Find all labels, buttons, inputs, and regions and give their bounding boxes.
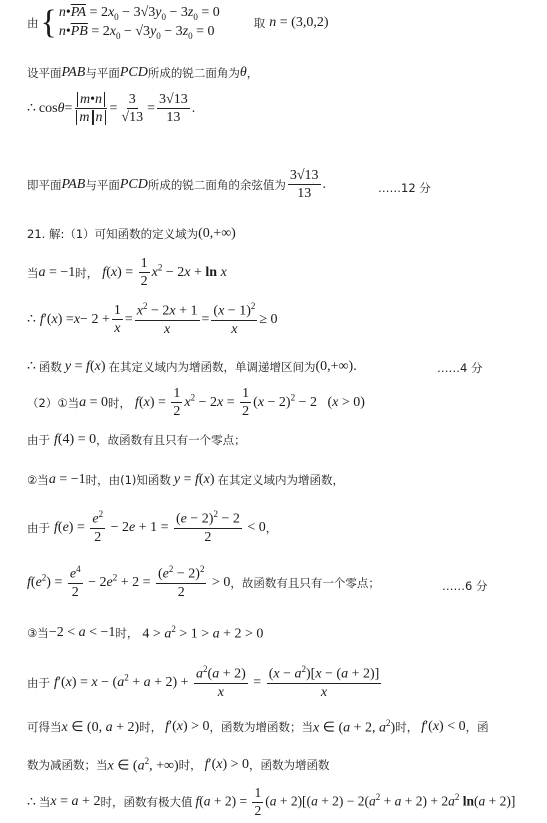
therefore: ∴ <box>27 100 36 117</box>
text: 可得当 <box>27 719 62 735</box>
text: 时，由(1)知函数 <box>86 472 171 488</box>
domain: (0,+∞) <box>316 359 354 375</box>
line-11: ②当 a = −1 时，由(1)知函数 y = f(x) 在其定义域内为增函数， <box>27 472 344 488</box>
plane-pab: PAB <box>62 65 86 81</box>
text: 时，函数有极大值 <box>100 794 192 810</box>
line-17: 数为减函数；当 x ∈ (a2, +∞) 时， f′(x) > 0 ，函数为增函… <box>27 756 330 775</box>
text: 与平面 <box>85 177 120 193</box>
domain: (0,+∞) <box>198 226 236 242</box>
fraction: 3√1313 <box>288 168 321 202</box>
text: ，故函数有且只有一个零点； <box>96 432 246 448</box>
line-9: （2）①当 a = 0 时， f(x) = 12x2 − 2x = 12(x −… <box>27 386 365 420</box>
text: 时， <box>139 719 162 735</box>
text: 所成的锐二面角为 <box>148 65 240 81</box>
text: 由于 <box>27 675 50 691</box>
text: 所成的锐二面角的余弦值为 <box>148 177 286 193</box>
theta: θ <box>240 65 247 81</box>
line-4: 即平面 PAB 与平面 PCD 所成的锐二面角的余弦值为 3√1313 . <box>27 168 326 202</box>
text: ，函数为增函数 <box>249 757 330 773</box>
prefix-you: 由 <box>27 15 39 31</box>
text: 函数 <box>39 359 62 375</box>
text: （2）①当 <box>27 395 79 411</box>
comma: ， <box>247 65 259 81</box>
line-12: 由于 f(e) = e22 − 2e + 1 = (e − 2)2 − 22 <… <box>27 510 277 545</box>
plane-pcd: PCD <box>120 177 148 193</box>
line-16: 可得当 x ∈ (0, a + 2) 时， f′(x) > 0 ，函数为增函数；… <box>27 718 489 737</box>
take-label: 取 <box>254 15 266 31</box>
line-13: f(e2) = e42 − 2e2 + 2 = (e2 − 2)22 > 0 ，… <box>27 565 380 600</box>
fraction: m•nmn <box>74 92 107 126</box>
line-6: 当 a = −1 时， f(x) = 12x2 − 2x + ln x <box>27 256 227 290</box>
comma: ， <box>266 520 278 536</box>
text: 时， <box>115 625 138 641</box>
text: 数为减函数；当 <box>27 757 108 773</box>
text: 由于 <box>27 520 50 536</box>
score-12: ……12 分 <box>378 180 431 196</box>
score-4: ……4 分 <box>437 360 482 376</box>
text: 当 <box>27 265 39 281</box>
system-equations: n•PA = 2x0 − 3√3y0 − 3z0 = 0 n•PB = 2x0 … <box>59 4 220 42</box>
text: 设平面 <box>27 65 62 81</box>
equation-pb: n•PB = 2x0 − √3y0 − 3z0 = 0 <box>59 23 220 42</box>
text: ，函数为增函数；当 <box>210 719 314 735</box>
cos: cos <box>39 101 58 117</box>
text: 21. 解:（1）可知函数的定义域为 <box>27 226 198 242</box>
equation-pa: n•PA = 2x0 − 3√3y0 − 3z0 = 0 <box>59 4 220 23</box>
text: ，故函数有且只有一个零点； <box>230 575 380 591</box>
text: 即平面 <box>27 177 62 193</box>
plane-pcd: PCD <box>120 65 148 81</box>
text: 时， <box>108 395 131 411</box>
text: 时， <box>395 719 418 735</box>
text: ，函 <box>466 719 489 735</box>
text: 与平面 <box>85 65 120 81</box>
line-14: ③当 −2 < a < −1 时， 4 > a2 > 1 > a + 2 > 0 <box>27 624 263 643</box>
line-7: ∴ f′(x) = x − 2 + 1x = x2 − 2x + 1x = (x… <box>27 302 278 337</box>
line-cos: ∴ cosθ = m•nmn = 3√13 = 3√1313 . <box>27 92 195 126</box>
brace: { <box>41 6 57 40</box>
text: ③当 <box>27 625 49 641</box>
line-18: ∴ 当 x = a + 2 时，函数有极大值 f(a + 2) = 12(a +… <box>27 786 515 819</box>
score-6: ……6 分 <box>442 578 487 594</box>
text: 在其定义域内为增函数，单调递增区间为 <box>109 359 316 375</box>
fraction: 3√1313 <box>157 92 190 126</box>
line-2: 设平面 PAB 与平面 PCD 所成的锐二面角为 θ ， <box>27 65 258 81</box>
equation-system: 由 { n•PA = 2x0 − 3√3y0 − 3z0 = 0 n•PB = … <box>27 4 328 42</box>
text: 由于 <box>27 432 50 448</box>
line-8: ∴ 函数 y = f(x) 在其定义域内为增函数，单调递增区间为 (0,+∞). <box>27 358 357 375</box>
text: 当 <box>39 794 51 810</box>
line-10: 由于 f(4) = 0 ，故函数有且只有一个零点； <box>27 432 246 448</box>
text: 在其定义域内为增函数， <box>217 472 344 488</box>
normal-vector: n = (3,0,2) <box>269 15 328 31</box>
text: 时， <box>75 265 98 281</box>
fraction: 3√13 <box>119 92 145 126</box>
text: 时， <box>179 757 202 773</box>
line-5: 21. 解:（1）可知函数的定义域为 (0,+∞) <box>27 226 236 242</box>
text: ②当 <box>27 472 49 488</box>
plane-pab: PAB <box>62 177 86 193</box>
line-15: 由于 f′(x) = x − (a2 + a + 2) + a2(a + 2)x… <box>27 665 383 700</box>
